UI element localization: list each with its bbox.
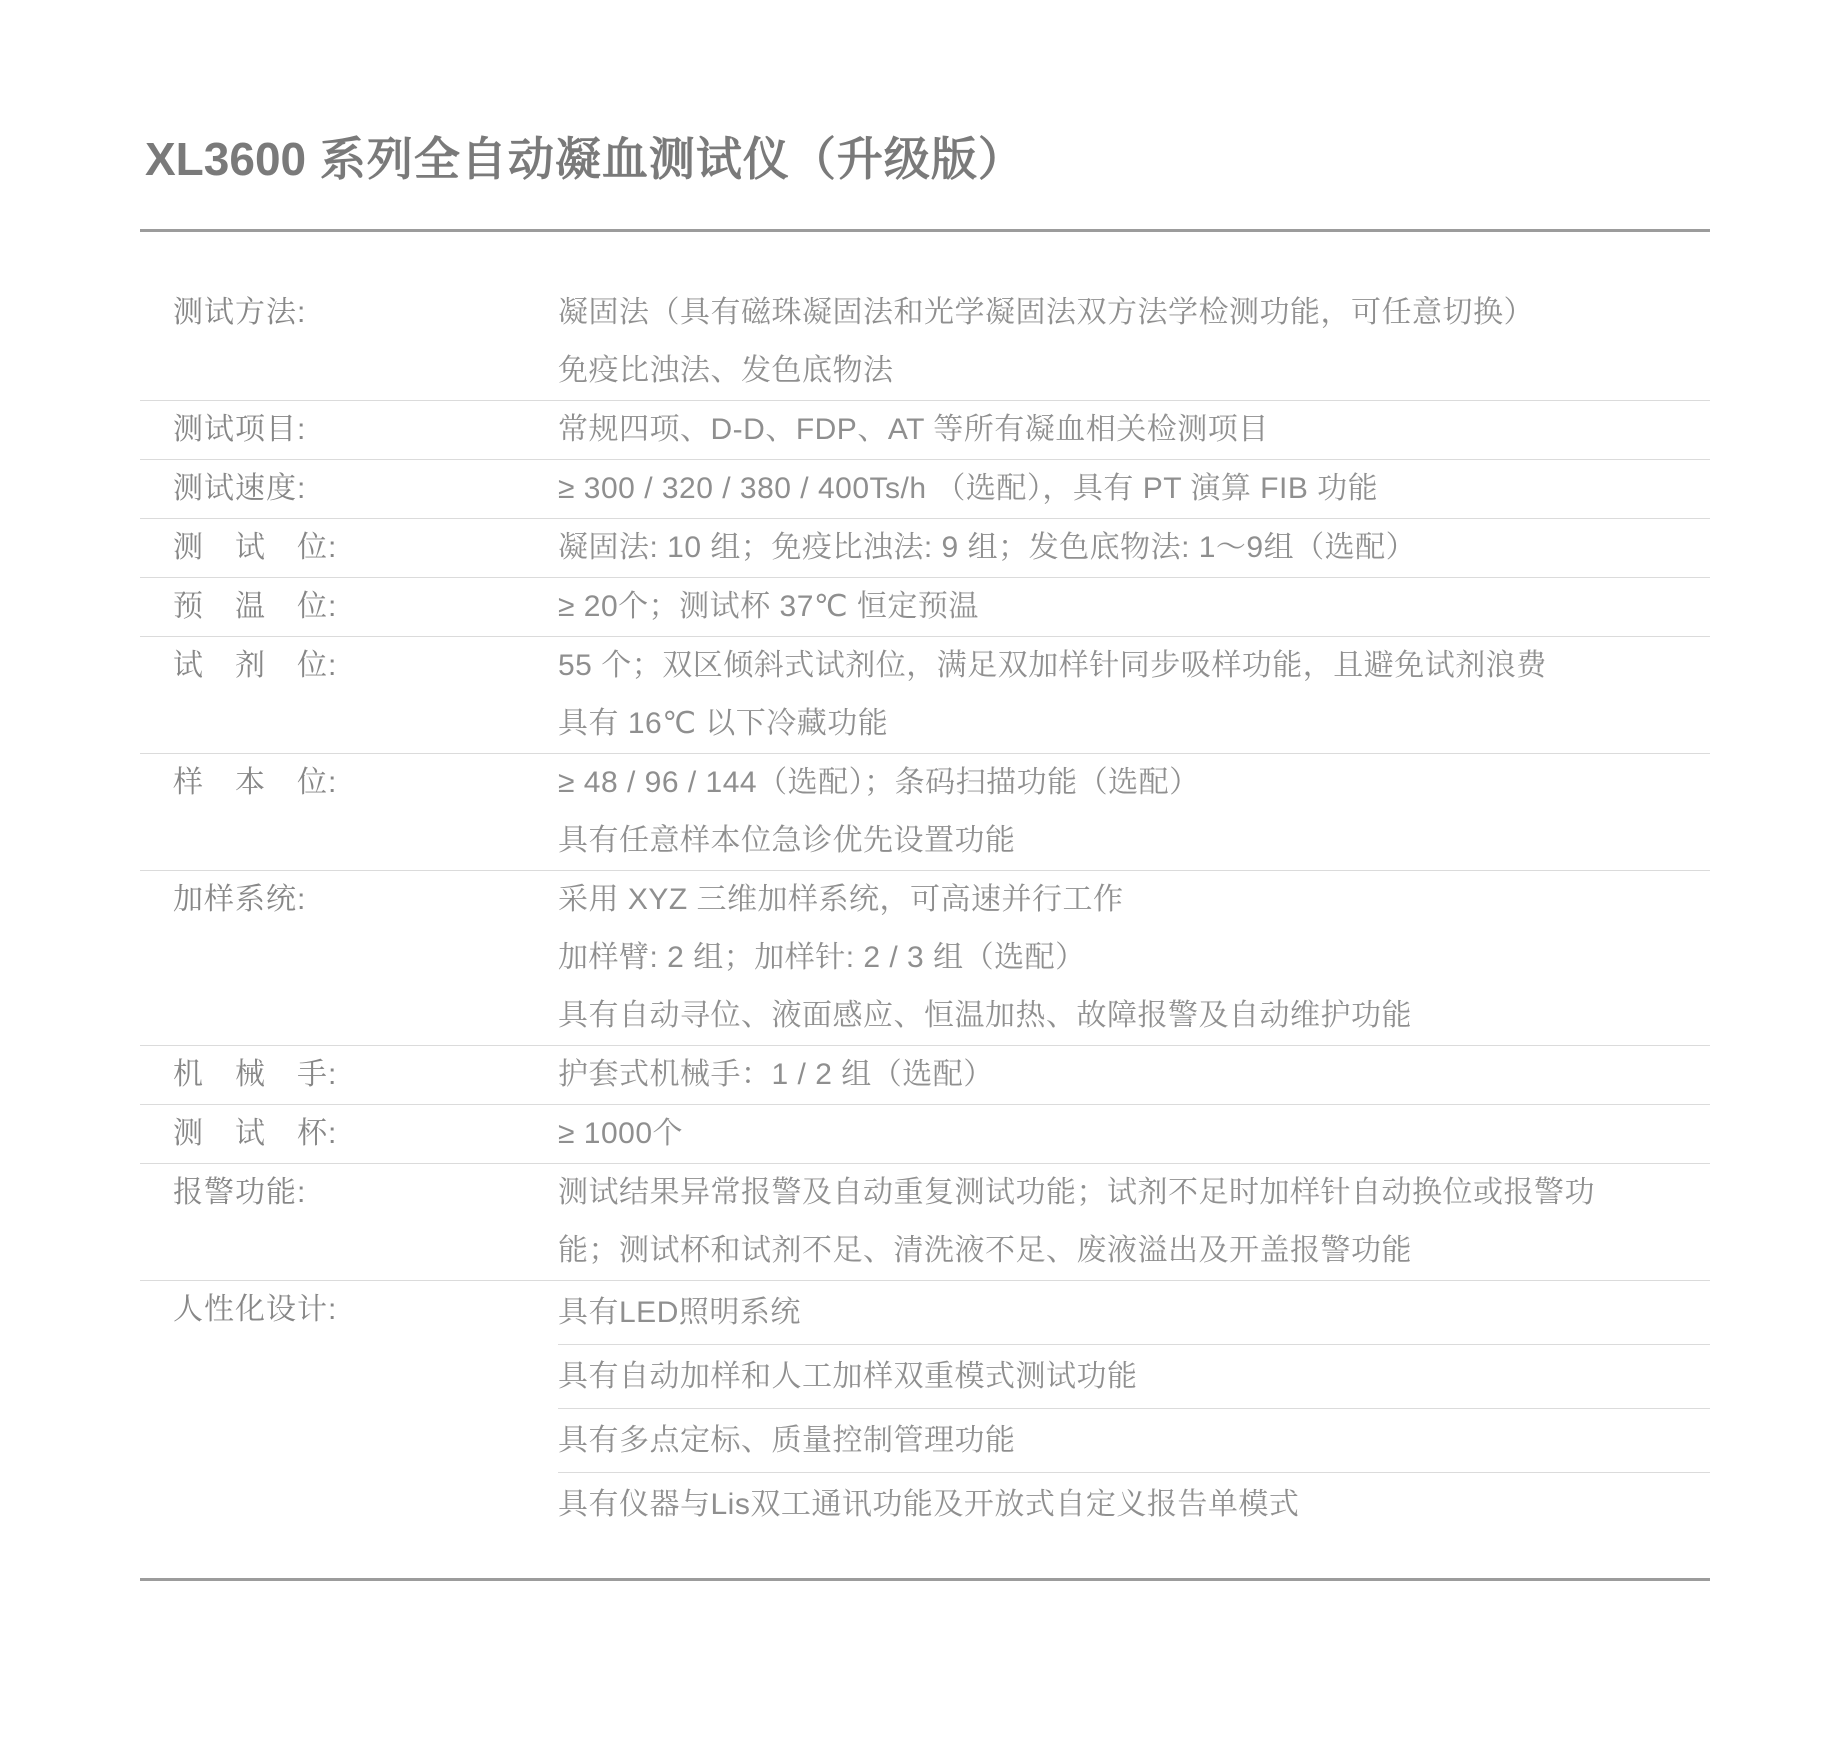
spec-row: 测 试 位:凝固法: 10 组；免疫比浊法: 9 组；发色底物法: 1～9组（选… bbox=[140, 519, 1710, 578]
spec-label: 测试方法: bbox=[140, 284, 558, 342]
spec-value-line: 加样臂: 2 组；加样针: 2 / 3 组（选配） bbox=[558, 929, 1710, 987]
bottom-divider bbox=[140, 1578, 1710, 1581]
spec-value-line: 测试结果异常报警及自动重复测试功能；试剂不足时加样针自动换位或报警功 bbox=[558, 1164, 1710, 1222]
spec-value-line: 具有自动寻位、液面感应、恒温加热、故障报警及自动维护功能 bbox=[558, 987, 1710, 1045]
spec-value-line: ≥ 1000个 bbox=[558, 1105, 1710, 1163]
spec-value-line: 能；测试杯和试剂不足、清洗液不足、废液溢出及开盖报警功能 bbox=[558, 1222, 1710, 1280]
spec-row: 测 试 杯:≥ 1000个 bbox=[140, 1105, 1710, 1164]
spec-row: 人性化设计:具有LED照明系统具有自动加样和人工加样双重模式测试功能具有多点定标… bbox=[140, 1281, 1710, 1578]
spec-row: 测试方法:凝固法（具有磁珠凝固法和光学凝固法双方法学检测功能，可任意切换）免疫比… bbox=[140, 232, 1710, 401]
spec-value: ≥ 48 / 96 / 144（选配）；条码扫描功能（选配）具有任意样本位急诊优… bbox=[558, 754, 1710, 870]
spec-value-line: 55 个；双区倾斜式试剂位，满足双加样针同步吸样功能，且避免试剂浪费 bbox=[558, 637, 1710, 695]
spec-row: 测试项目:常规四项、D-D、FDP、AT 等所有凝血相关检测项目 bbox=[140, 401, 1710, 460]
spec-value: ≥ 20个；测试杯 37℃ 恒定预温 bbox=[558, 578, 1710, 636]
spec-value-subline: 具有仪器与Lis双工通讯功能及开放式自定义报告单模式 bbox=[558, 1473, 1710, 1578]
spec-row: 机 械 手:护套式机械手：1 / 2 组（选配） bbox=[140, 1046, 1710, 1105]
spec-row: 加样系统:采用 XYZ 三维加样系统，可高速并行工作加样臂: 2 组；加样针: … bbox=[140, 871, 1710, 1046]
spec-row: 报警功能:测试结果异常报警及自动重复测试功能；试剂不足时加样针自动换位或报警功能… bbox=[140, 1164, 1710, 1281]
spec-label: 测 试 位: bbox=[140, 519, 558, 577]
spec-row: 预 温 位:≥ 20个；测试杯 37℃ 恒定预温 bbox=[140, 578, 1710, 637]
spec-label: 样 本 位: bbox=[140, 754, 558, 812]
spec-row: 试 剂 位:55 个；双区倾斜式试剂位，满足双加样针同步吸样功能，且避免试剂浪费… bbox=[140, 637, 1710, 754]
spec-value: 55 个；双区倾斜式试剂位，满足双加样针同步吸样功能，且避免试剂浪费具有 16℃… bbox=[558, 637, 1710, 753]
spec-value: 具有LED照明系统具有自动加样和人工加样双重模式测试功能具有多点定标、质量控制管… bbox=[558, 1281, 1710, 1578]
spec-value-line: 免疫比浊法、发色底物法 bbox=[558, 342, 1710, 400]
spec-value-line: 具有 16℃ 以下冷藏功能 bbox=[558, 695, 1710, 753]
spec-label: 测试项目: bbox=[140, 401, 558, 459]
product-name: 系列全自动凝血测试仪（升级版） bbox=[306, 133, 1025, 185]
spec-row: 样 本 位:≥ 48 / 96 / 144（选配）；条码扫描功能（选配）具有任意… bbox=[140, 754, 1710, 871]
spec-sheet: XL3600 系列全自动凝血测试仪（升级版） 测试方法:凝固法（具有磁珠凝固法和… bbox=[140, 0, 1710, 1581]
spec-value-line: ≥ 300 / 320 / 380 / 400Ts/h （选配），具有 PT 演… bbox=[558, 460, 1710, 518]
page-title: XL3600 系列全自动凝血测试仪（升级版） bbox=[145, 130, 1710, 188]
spec-value-line: 护套式机械手：1 / 2 组（选配） bbox=[558, 1046, 1710, 1104]
spec-value: 护套式机械手：1 / 2 组（选配） bbox=[558, 1046, 1710, 1104]
spec-value-subline: 具有LED照明系统 bbox=[558, 1281, 1710, 1345]
spec-label: 测 试 杯: bbox=[140, 1105, 558, 1163]
spec-value-line: 凝固法（具有磁珠凝固法和光学凝固法双方法学检测功能，可任意切换） bbox=[558, 284, 1710, 342]
spec-value: 凝固法（具有磁珠凝固法和光学凝固法双方法学检测功能，可任意切换）免疫比浊法、发色… bbox=[558, 284, 1710, 400]
spec-value-subline: 具有自动加样和人工加样双重模式测试功能 bbox=[558, 1345, 1710, 1409]
spec-value-line: 常规四项、D-D、FDP、AT 等所有凝血相关检测项目 bbox=[558, 401, 1710, 459]
spec-label: 预 温 位: bbox=[140, 578, 558, 636]
spec-value: 测试结果异常报警及自动重复测试功能；试剂不足时加样针自动换位或报警功能；测试杯和… bbox=[558, 1164, 1710, 1280]
spec-label: 机 械 手: bbox=[140, 1046, 558, 1104]
spec-label: 试 剂 位: bbox=[140, 637, 558, 695]
product-model: XL3600 bbox=[145, 133, 306, 185]
spec-value-line: ≥ 20个；测试杯 37℃ 恒定预温 bbox=[558, 578, 1710, 636]
spec-label: 人性化设计: bbox=[140, 1281, 558, 1339]
spec-value-line: 采用 XYZ 三维加样系统，可高速并行工作 bbox=[558, 871, 1710, 929]
spec-table: 测试方法:凝固法（具有磁珠凝固法和光学凝固法双方法学检测功能，可任意切换）免疫比… bbox=[140, 232, 1710, 1578]
spec-value-line: 凝固法: 10 组；免疫比浊法: 9 组；发色底物法: 1～9组（选配） bbox=[558, 519, 1710, 577]
spec-value: ≥ 300 / 320 / 380 / 400Ts/h （选配），具有 PT 演… bbox=[558, 460, 1710, 518]
spec-label: 加样系统: bbox=[140, 871, 558, 929]
spec-row: 测试速度:≥ 300 / 320 / 380 / 400Ts/h （选配），具有… bbox=[140, 460, 1710, 519]
spec-value: 凝固法: 10 组；免疫比浊法: 9 组；发色底物法: 1～9组（选配） bbox=[558, 519, 1710, 577]
spec-value: ≥ 1000个 bbox=[558, 1105, 1710, 1163]
spec-value-line: 具有任意样本位急诊优先设置功能 bbox=[558, 812, 1710, 870]
spec-value: 常规四项、D-D、FDP、AT 等所有凝血相关检测项目 bbox=[558, 401, 1710, 459]
spec-label: 测试速度: bbox=[140, 460, 558, 518]
spec-value-line: ≥ 48 / 96 / 144（选配）；条码扫描功能（选配） bbox=[558, 754, 1710, 812]
spec-value: 采用 XYZ 三维加样系统，可高速并行工作加样臂: 2 组；加样针: 2 / 3… bbox=[558, 871, 1710, 1045]
spec-value-subline: 具有多点定标、质量控制管理功能 bbox=[558, 1409, 1710, 1473]
spec-label: 报警功能: bbox=[140, 1164, 558, 1222]
